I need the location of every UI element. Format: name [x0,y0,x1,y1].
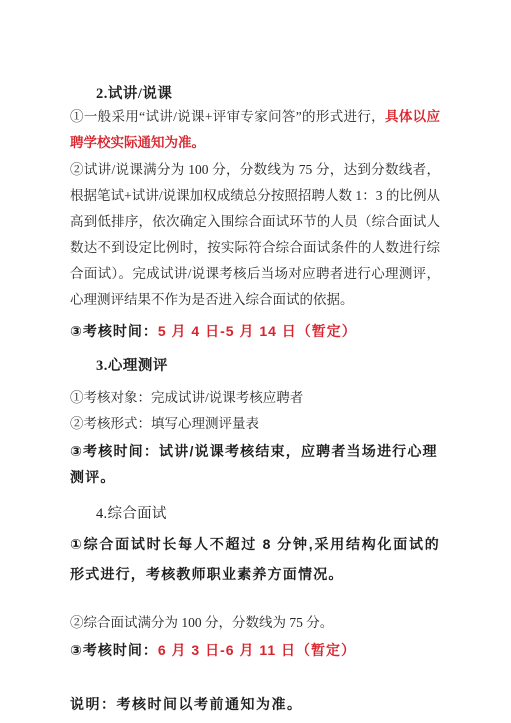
exam-time-value: 6 月 3 日-6 月 11 日（暂定） [158,642,356,658]
section-trial-lecture: 2.试讲/说课 ①一般采用“试讲/说课+评审专家问答”的形式进行，具体以应聘学校… [70,84,440,342]
section-2-paragraph-scoring: ②试讲/说课满分为 100 分，分数线为 75 分，达到分数线者，根据笔试+试讲… [70,157,440,313]
section-comprehensive-interview: 4.综合面试 ①综合面试时长每人不超过 8 分钟,采用结构化面试的形式进行，考核… [70,504,440,663]
section-4-exam-time-line: ③考核时间：6 月 3 日-6 月 11 日（暂定） [70,637,440,663]
section-2-heading: 2.试讲/说课 [70,84,440,104]
exam-time-value: 5 月 4 日-5 月 14 日（暂定） [158,323,357,339]
section-psych-test: 3.心理测评 ①考核对象：完成试讲/说课考核应聘者 ②考核形式：填写心理测评量表… [70,356,440,490]
section-3-paragraph-target: ①考核对象：完成试讲/说课考核应聘者 [70,385,440,411]
section-2-exam-time-line: ③考核时间：5 月 4 日-5 月 14 日（暂定） [70,320,440,342]
section-3-exam-time-line: ③考核时间：试讲/说课考核结束，应聘者当场进行心理测评。 [70,438,440,490]
section-3-paragraph-form: ②考核形式：填写心理测评量表 [70,411,440,437]
exam-time-label: ③考核时间： [70,323,158,339]
format-text-normal: ①一般采用“试讲/说课+评审专家问答”的形式进行， [70,109,385,124]
document-page: 2.试讲/说课 ①一般采用“试讲/说课+评审专家问答”的形式进行，具体以应聘学校… [0,0,511,723]
section-4-paragraph-scoring: ②综合面试满分为 100 分，分数线为 75 分。 [70,610,440,636]
section-3-heading: 3.心理测评 [70,356,440,376]
section-4-paragraph-format: ①综合面试时长每人不超过 8 分钟,采用结构化面试的形式进行，考核教师职业素养方… [70,529,440,589]
exam-time-label: ③考核时间： [70,642,158,658]
note-line: 说明：考核时间以考前通知为准。 [70,691,440,717]
section-2-paragraph-format: ①一般采用“试讲/说课+评审专家问答”的形式进行，具体以应聘学校实际通知为准。 [70,104,440,156]
section-4-heading: 4.综合面试 [70,504,440,524]
